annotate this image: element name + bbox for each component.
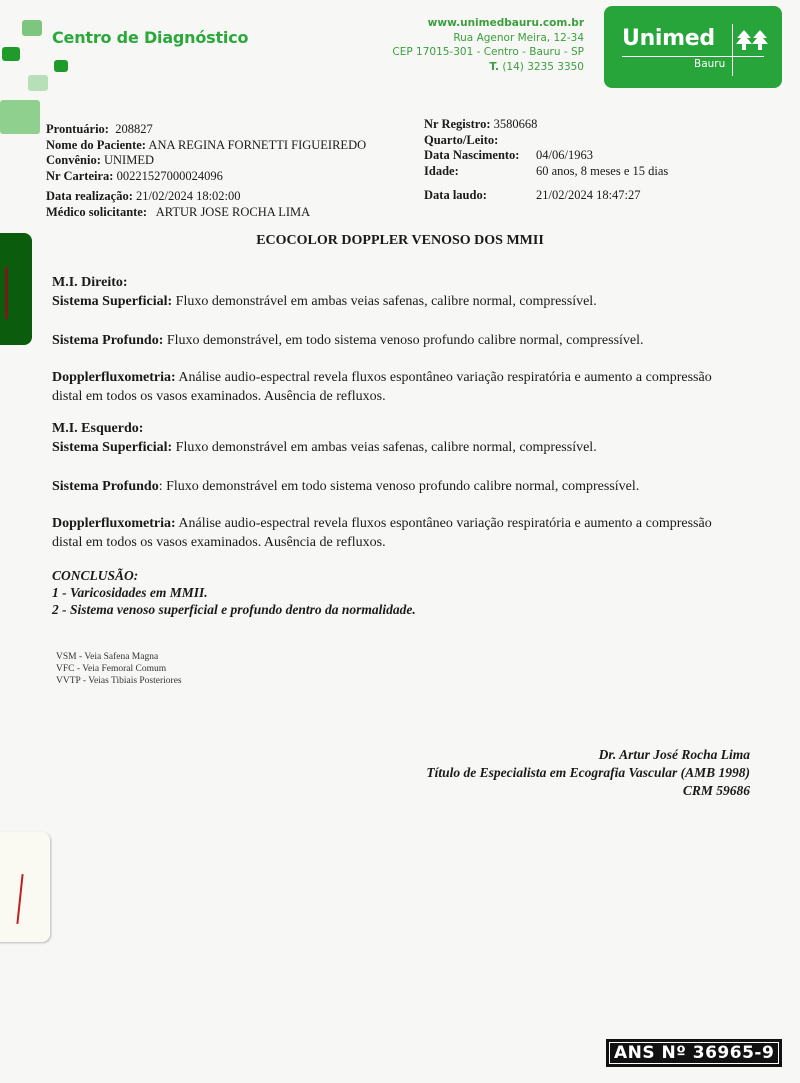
abbreviation-item: VSM - Veia Safena Magna	[56, 651, 182, 663]
finding-doppler: Dopplerfluxometria: Análise audio-espect…	[52, 514, 742, 552]
doctor-crm: CRM 59686	[426, 782, 750, 800]
signature-block: Dr. Artur José Rocha Lima Título de Espe…	[426, 746, 750, 800]
field-data-laudo: Data laudo:21/02/2024 18:47:27	[424, 188, 668, 204]
finding-doppler: Dopplerfluxometria: Análise audio-espect…	[52, 368, 742, 406]
brand-title: Centro de Diagnóstico	[52, 28, 248, 47]
field-quarto-leito: Quarto/Leito:	[424, 133, 668, 149]
field-data-realizacao: Data realização: 21/02/2024 18:02:00	[46, 189, 366, 205]
logo-subtitle: Bauru	[694, 58, 725, 70]
finding-profundo: Sistema Profundo: Fluxo demonstrável em …	[52, 477, 742, 496]
phone-prefix: T.	[489, 61, 499, 73]
finding-superficial: Sistema Superficial: Fluxo demonstrável …	[52, 438, 742, 457]
field-data-nascimento: Data Nascimento:04/06/1963	[424, 148, 668, 164]
conclusion-item: 1 - Varicosidades em MMII.	[52, 584, 416, 601]
field-idade: Idade:60 anos, 8 meses e 15 dias	[424, 164, 668, 180]
abbreviation-item: VVTP - Veias Tibiais Posteriores	[56, 675, 182, 687]
green-index-tab	[0, 233, 32, 345]
conclusion-item: 2 - Sistema venoso superficial e profund…	[52, 601, 416, 618]
section-heading: M.I. Direito:	[52, 273, 742, 292]
phone-line: T. (14) 3235 3350	[392, 60, 584, 75]
conclusion: CONCLUSÃO: 1 - Varicosidades em MMII. 2 …	[52, 567, 416, 618]
section-left-leg: M.I. Esquerdo: Sistema Superficial: Flux…	[52, 419, 742, 552]
patient-info-right: Nr Registro: 3580668 Quarto/Leito: Data …	[424, 117, 668, 204]
field-carteira: Nr Carteira: 00221527000024096	[46, 169, 366, 185]
section-heading: M.I. Esquerdo:	[52, 419, 742, 438]
section-right-leg: M.I. Direito: Sistema Superficial: Fluxo…	[52, 273, 742, 406]
patient-info-left: Prontuário: 208827 Nome do Paciente: ANA…	[46, 122, 366, 220]
contact-block: www.unimedbauru.com.br Rua Agenor Meira,…	[392, 16, 584, 74]
tab-pen-mark	[5, 267, 8, 319]
unimed-tree-icon	[736, 28, 768, 54]
unimed-logo: Unimed Bauru	[604, 6, 782, 88]
phone-number: (14) 3235 3350	[502, 61, 584, 73]
address-line-1: Rua Agenor Meira, 12-34	[392, 31, 584, 46]
logo-wordmark: Unimed	[622, 26, 715, 51]
field-prontuario: Prontuário: 208827	[46, 122, 366, 138]
report-title: ECOCOLOR DOPPLER VENOSO DOS MMII	[0, 233, 800, 249]
conclusion-heading: CONCLUSÃO:	[52, 567, 416, 584]
field-convenio: Convênio: UNIMED	[46, 153, 366, 169]
field-nr-registro: Nr Registro: 3580668	[424, 117, 668, 133]
field-medico-solicitante: Médico solicitante: ARTUR JOSE ROCHA LIM…	[46, 205, 366, 221]
website-link[interactable]: www.unimedbauru.com.br	[392, 16, 584, 31]
tab-pen-mark	[16, 874, 23, 924]
finding-profundo: Sistema Profundo: Fluxo demonstrável, em…	[52, 331, 742, 350]
ans-registration-badge: ANS Nº 36965-9	[606, 1039, 782, 1067]
abbreviation-item: VFC - Veia Femoral Comum	[56, 663, 182, 675]
finding-superficial: Sistema Superficial: Fluxo demonstrável …	[52, 292, 742, 311]
doctor-title: Título de Especialista em Ecografia Vasc…	[426, 764, 750, 782]
white-index-tab	[0, 832, 50, 942]
field-patient-name: Nome do Paciente: ANA REGINA FORNETTI FI…	[46, 138, 366, 154]
doctor-name: Dr. Artur José Rocha Lima	[426, 746, 750, 764]
abbreviations-legend: VSM - Veia Safena Magna VFC - Veia Femor…	[56, 651, 182, 687]
address-line-2: CEP 17015-301 - Centro - Bauru - SP	[392, 45, 584, 60]
